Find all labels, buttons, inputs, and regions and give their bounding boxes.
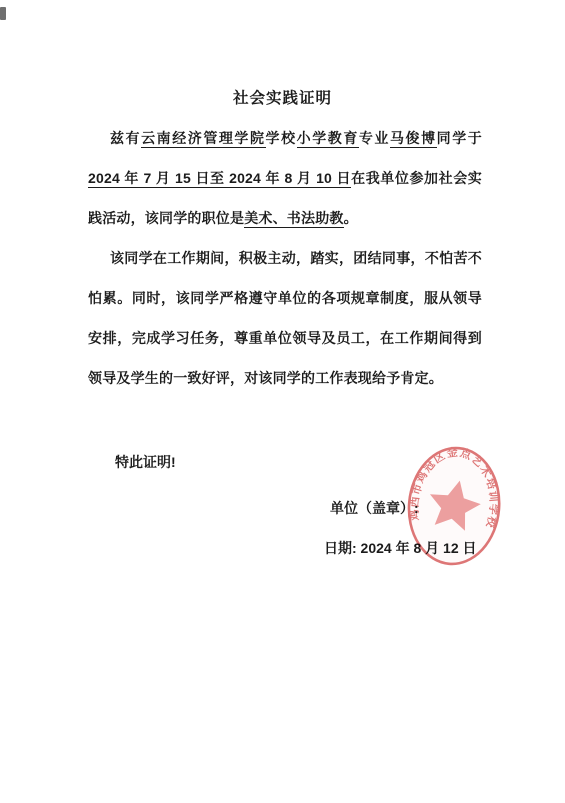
student-name-underlined: 马俊博 — [390, 130, 437, 148]
certificate-page: 社会实践证明 兹有云南经济管理学院学校小学教育专业马俊博同学于 2024 年 7… — [0, 0, 565, 803]
intro-text: 专业 — [359, 130, 390, 146]
document-body: 兹有云南经济管理学院学校小学教育专业马俊博同学于 2024 年 7 月 15 日… — [88, 118, 482, 398]
intro-text: 。 — [344, 210, 358, 226]
intro-text: 兹有 — [110, 130, 141, 146]
stamp-ring-text: 鸡西市鸡冠区金点艺术培训学校 — [405, 441, 506, 531]
intro-text: 学校 — [266, 130, 297, 146]
scan-edge-artifact — [0, 7, 6, 20]
paragraph-intro: 兹有云南经济管理学院学校小学教育专业马俊博同学于 2024 年 7 月 15 日… — [88, 118, 482, 238]
signature-unit-label: 单位（盖章）: — [330, 498, 419, 518]
position-underlined: 美术、书法助教 — [244, 210, 343, 228]
intro-text: 同学于 — [437, 130, 482, 146]
stamp-ring-text-holder: 鸡西市鸡冠区金点艺术培训学校 — [405, 441, 506, 531]
major-underlined: 小学教育 — [297, 130, 359, 148]
school-name-underlined: 云南经济管理学院 — [141, 130, 265, 148]
document-title: 社会实践证明 — [0, 86, 565, 108]
signature-date: 日期: 2024 年 8 月 12 日 — [324, 538, 477, 558]
star-icon — [423, 475, 484, 534]
paragraph-evaluation: 该同学在工作期间，积极主动，踏实，团结同事，不怕苦不怕累。同时，该同学严格遵守单… — [88, 238, 482, 398]
closing-statement: 特此证明! — [115, 452, 176, 472]
date-range-underlined: 2024 年 7 月 15 日至 2024 年 8 月 10 日 — [88, 170, 351, 188]
